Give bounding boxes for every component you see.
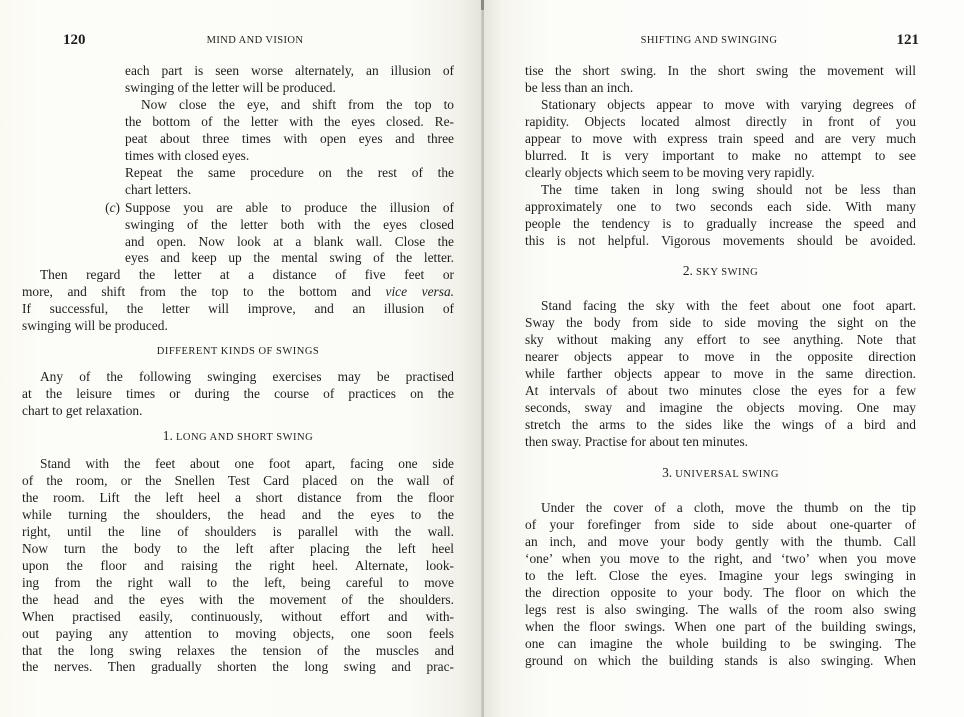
running-head: SHIFTING AND SWINGING xyxy=(484,35,964,55)
section-heading: 3. UNIVERSAL SWING xyxy=(525,465,916,484)
section-heading: 1. LONG AND SHORT SWING xyxy=(22,428,454,447)
paragraph: Now close the eye, and shift from the to… xyxy=(80,97,454,165)
running-head: MIND AND VISION xyxy=(0,35,482,55)
clause-c: (c) Suppose you are able to produce the … xyxy=(80,200,454,268)
section-heading: DIFFERENT KINDS OF SWINGS xyxy=(22,344,454,361)
section-heading: 2. SKY SWING xyxy=(525,263,916,282)
page-number: 121 xyxy=(897,32,920,49)
paragraph: Then regard the letter at a distance of … xyxy=(22,267,454,676)
left-page: 120 MIND AND VISION each part is seen wo… xyxy=(0,0,482,717)
clause-label: (c) xyxy=(80,200,120,217)
paragraph: each part is seen worse alternately, an … xyxy=(80,63,454,97)
page-body: each part is seen worse alternately, an … xyxy=(80,63,454,676)
paragraph: Repeat the same procedure on the rest of… xyxy=(80,165,454,199)
page-body: tise the short swing. In the short swing… xyxy=(525,63,916,670)
right-page: SHIFTING AND SWINGING 121 tise the short… xyxy=(484,0,964,717)
